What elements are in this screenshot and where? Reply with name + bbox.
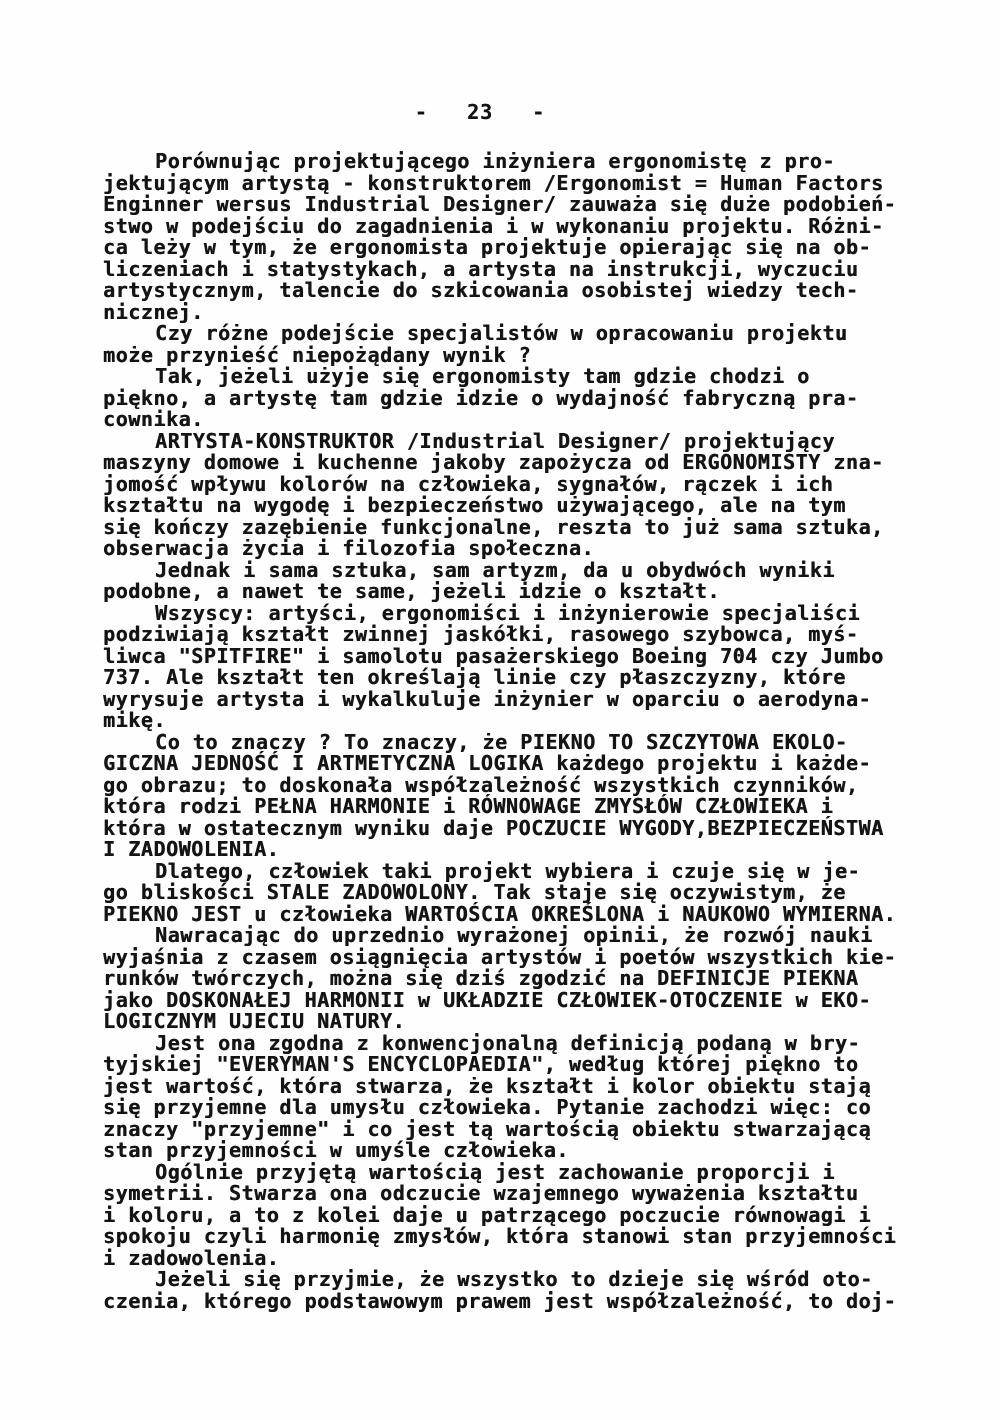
text-line: się przyjemne dla umysłu człowieka. Pyta… <box>103 1097 933 1119</box>
paragraph: Dlatego, człowiek taki projekt wybiera i… <box>103 861 933 926</box>
paragraph: Co to znaczy ? To znaczy, że PIEKNO TO S… <box>103 732 933 861</box>
text-line: go obrazu; to doskonała współzależność w… <box>103 775 933 797</box>
document-page: - 23 - Porównując projektującego inżynie… <box>0 0 1000 1420</box>
text-line: jektującym artystą - konstruktorem /Ergo… <box>103 173 933 195</box>
text-line: Czy różne podejście specjalistów w oprac… <box>103 323 933 345</box>
text-line: 737. Ale kształt ten określają linie czy… <box>103 667 933 689</box>
text-line: stan przyjemności w umyśle człowieka. <box>103 1140 933 1162</box>
text-line: jest wartość, która stwarza, że kształt … <box>103 1076 933 1098</box>
text-line: i koloru, a to z kolei daje u patrzącego… <box>103 1205 933 1227</box>
text-line: cownika. <box>103 409 933 431</box>
text-line: go bliskości STALE ZADOWOLONY. Tak staje… <box>103 882 933 904</box>
text-line: obserwacja życia i filozofia społeczna. <box>103 538 933 560</box>
text-line: i zadowolenia. <box>103 1248 933 1270</box>
text-line: Wszyscy: artyści, ergonomiści i inżynier… <box>103 603 933 625</box>
paragraph: Porównując projektującego inżyniera ergo… <box>103 151 933 323</box>
text-line: stwo w podejściu do zagadnienia i w wyko… <box>103 216 933 238</box>
text-line: wyjaśnia z czasem osiągnięcia artystów i… <box>103 947 933 969</box>
text-line: Jest ona zgodna z konwencjonalną definic… <box>103 1033 933 1055</box>
text-line: Tak, jeżeli użyje się ergonomisty tam gd… <box>103 366 933 388</box>
text-line: ARTYSTA-KONSTRUKTOR /Industrial Designer… <box>103 431 933 453</box>
text-line: Co to znaczy ? To znaczy, że PIEKNO TO S… <box>103 732 933 754</box>
text-line: jako DOSKONAŁEJ HARMONII w UKŁADZIE CZŁO… <box>103 990 933 1012</box>
text-line: może przynieść niepożądany wynik ? <box>103 345 933 367</box>
text-line: runków twórczych, można się dziś zgodzić… <box>103 968 933 990</box>
text-line: podobne, a nawet te same, jeżeli idzie o… <box>103 581 933 603</box>
text-line: ca leży w tym, że ergonomista projektuje… <box>103 237 933 259</box>
paragraph: Wszyscy: artyści, ergonomiści i inżynier… <box>103 603 933 732</box>
text-line: Jeżeli się przyjmie, że wszystko to dzie… <box>103 1269 933 1291</box>
text-line: wyrysuje artysta i wykalkuluje inżynier … <box>103 689 933 711</box>
text-line: liczeniach i statystykach, a artysta na … <box>103 259 933 281</box>
text-line: podziwiają kształt zwinnej jaskółki, ras… <box>103 624 933 646</box>
text-line: LOGICZNYM UJECIU NATURY. <box>103 1011 933 1033</box>
text-line: artystycznym, talencie do szkicowania os… <box>103 280 933 302</box>
paragraph: Jest ona zgodna z konwencjonalną definic… <box>103 1033 933 1162</box>
text-line: się kończy zazębienie funkcjonalne, resz… <box>103 517 933 539</box>
text-line: Dlatego, człowiek taki projekt wybiera i… <box>103 861 933 883</box>
page-number: - 23 - <box>0 100 960 124</box>
text-line: która rodzi PEŁNA HARMONIE i RÓWNOWAGE Z… <box>103 796 933 818</box>
text-line: Nawracając do uprzednio wyrażonej opinii… <box>103 925 933 947</box>
text-line: liwca "SPITFIRE" i samolotu pasażerskieg… <box>103 646 933 668</box>
text-line: nicznej. <box>103 302 933 324</box>
text-line: znaczy "przyjemne" i co jest tą wartości… <box>103 1119 933 1141</box>
document-body: Porównując projektującego inżyniera ergo… <box>103 151 933 1312</box>
text-line: która w ostatecznym wyniku daje POCZUCIE… <box>103 818 933 840</box>
text-line: tyjskiej "EVERYMAN'S ENCYCLOPAEDIA", wed… <box>103 1054 933 1076</box>
paragraph: ARTYSTA-KONSTRUKTOR /Industrial Designer… <box>103 431 933 560</box>
text-line: Porównując projektującego inżyniera ergo… <box>103 151 933 173</box>
text-line: czenia, którego podstawowym prawem jest … <box>103 1291 933 1313</box>
text-line: kształtu na wygodę i bezpieczeństwo używ… <box>103 495 933 517</box>
text-line: mikę. <box>103 710 933 732</box>
text-line: Ogólnie przyjętą wartością jest zachowan… <box>103 1162 933 1184</box>
text-line: maszyny domowe i kuchenne jakoby zapożyc… <box>103 452 933 474</box>
text-line: Enginner wersus Industrial Designer/ zau… <box>103 194 933 216</box>
paragraph: Tak, jeżeli użyje się ergonomisty tam gd… <box>103 366 933 431</box>
paragraph: Ogólnie przyjętą wartością jest zachowan… <box>103 1162 933 1270</box>
text-line: spokoju czyli harmonię zmysłów, która st… <box>103 1226 933 1248</box>
paragraph: Jeżeli się przyjmie, że wszystko to dzie… <box>103 1269 933 1312</box>
text-line: PIEKNO JEST u człowieka WARTOŚCIA OKREŚL… <box>103 904 933 926</box>
text-line: jomość wpływu kolorów na człowieka, sygn… <box>103 474 933 496</box>
text-line: piękno, a artystę tam gdzie idzie o wyda… <box>103 388 933 410</box>
text-line: GICZNA JEDNOŚĆ I ARTMETYCZNA LOGIKA każd… <box>103 753 933 775</box>
paragraph: Nawracając do uprzednio wyrażonej opinii… <box>103 925 933 1033</box>
paragraph: Czy różne podejście specjalistów w oprac… <box>103 323 933 366</box>
text-line: Jednak i sama sztuka, sam artyzm, da u o… <box>103 560 933 582</box>
paragraph: Jednak i sama sztuka, sam artyzm, da u o… <box>103 560 933 603</box>
text-line: symetrii. Stwarza ona odczucie wzajemneg… <box>103 1183 933 1205</box>
text-line: I ZADOWOLENIA. <box>103 839 933 861</box>
